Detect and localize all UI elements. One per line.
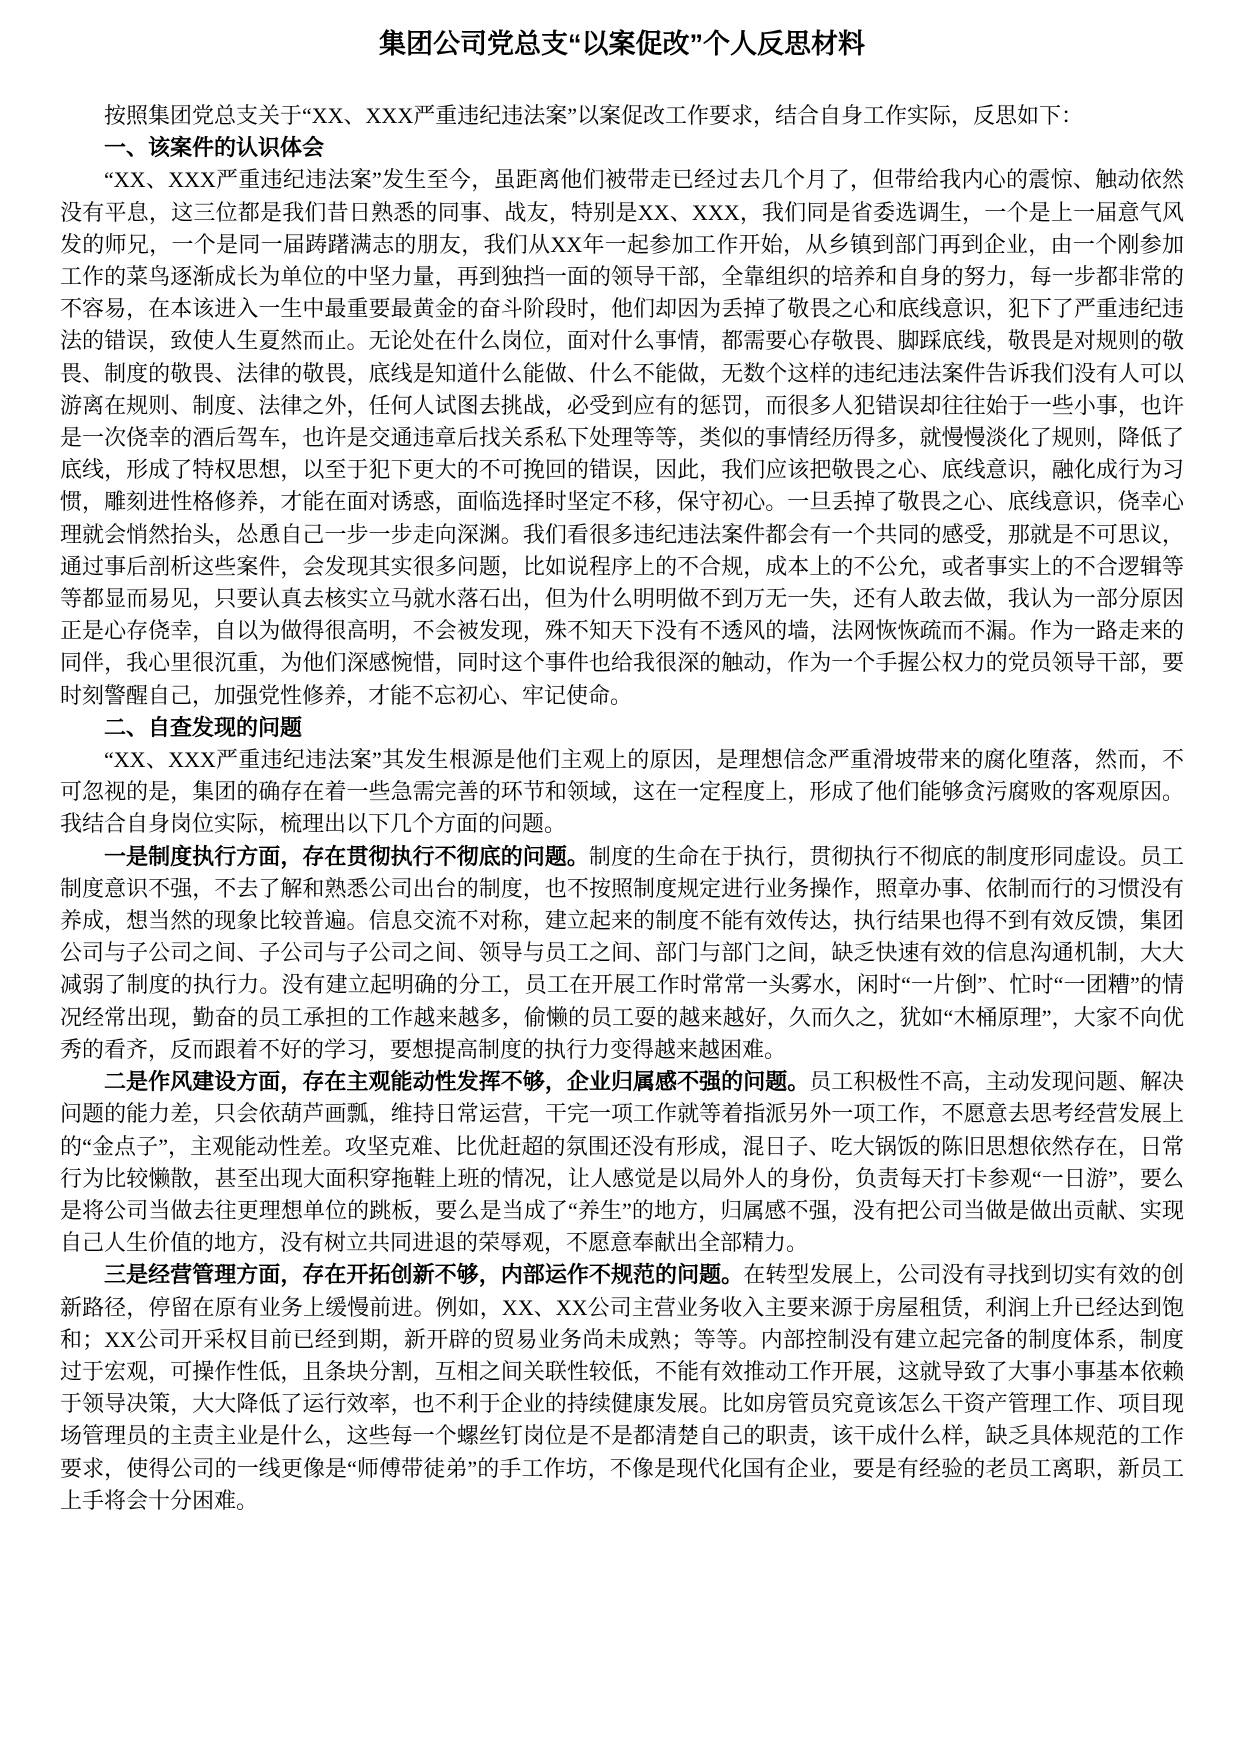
issue-3-body: 在转型发展上，公司没有寻找到切实有效的创新路径，停留在原有业务上缓慢前进。例如，… <box>60 1262 1184 1512</box>
issue-1-lead: 一是制度执行方面，存在贯彻执行不彻底的问题。 <box>104 844 589 869</box>
issue-2-lead: 二是作风建设方面，存在主观能动性发挥不够，企业归属感不强的问题。 <box>104 1069 809 1094</box>
issue-1-body: 制度的生命在于执行，贯彻执行不彻底的制度形同虚设。员工制度意识不强，不去了解和熟… <box>60 844 1184 1062</box>
document-title: 集团公司党总支“以案促改”个人反思材料 <box>60 26 1184 62</box>
section1-paragraph: “XX、XXX严重违纪违法案”发生至今，虽距离他们被带走已经过去几个月了，但带给… <box>60 164 1184 711</box>
intro-paragraph: 按照集团党总支关于“XX、XXX严重违纪违法案”以案促改工作要求，结合自身工作实… <box>60 100 1184 132</box>
section2-heading: 二、自查发现的问题 <box>60 712 1184 744</box>
document-page: 集团公司党总支“以案促改”个人反思材料 按照集团党总支关于“XX、XXX严重违纪… <box>0 0 1240 1754</box>
section2-intro-paragraph: “XX、XXX严重违纪违法案”其发生根源是他们主观上的原因，是理想信念严重滑坡带… <box>60 744 1184 841</box>
issue-2-body: 员工积极性不高，主动发现问题、解决问题的能力差，只会依葫芦画瓢，维持日常运营，干… <box>60 1069 1184 1255</box>
section1-heading: 一、该案件的认识体会 <box>60 132 1184 164</box>
issue-paragraph-1: 一是制度执行方面，存在贯彻执行不彻底的问题。制度的生命在于执行，贯彻执行不彻底的… <box>60 841 1184 1066</box>
issue-paragraph-3: 三是经营管理方面，存在开拓创新不够，内部运作不规范的问题。在转型发展上，公司没有… <box>60 1259 1184 1517</box>
issue-3-lead: 三是经营管理方面，存在开拓创新不够，内部运作不规范的问题。 <box>104 1262 743 1287</box>
issue-paragraph-2: 二是作风建设方面，存在主观能动性发挥不够，企业归属感不强的问题。员工积极性不高，… <box>60 1066 1184 1259</box>
